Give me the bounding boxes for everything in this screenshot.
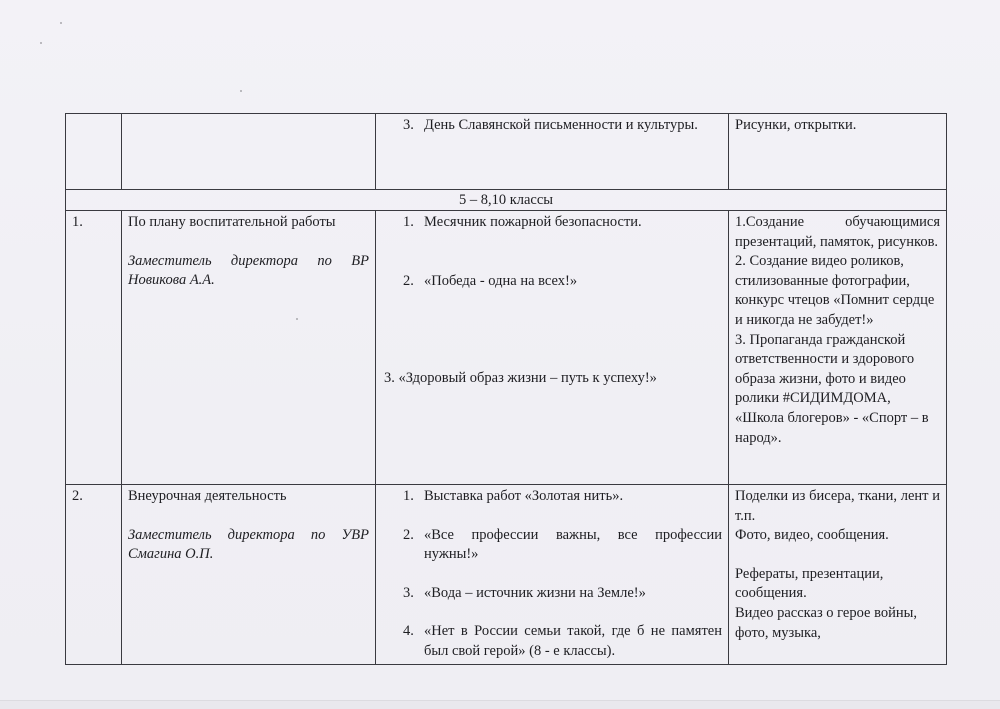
scanned-page: 3. День Славянской письменности и культу… [0, 0, 1000, 709]
event-text: «Нет в России семьи такой, где б не памя… [424, 623, 722, 659]
cell-forms: 1.Создание обучающимися презентаций, пам… [729, 211, 947, 485]
event-list: 3. День Славянской письменности и культу… [382, 116, 722, 136]
section-header-row: 5 – 8,10 классы [66, 190, 947, 211]
activity-plan-table: 3. День Славянской письменности и культу… [65, 113, 947, 665]
cell-events: 1. Выставка работ «Золотая нить». 2. «Вс… [376, 485, 729, 665]
cell-forms: Рисунки, открытки. [729, 114, 947, 190]
cell-number [66, 114, 122, 190]
event-text: «Победа - одна на всех!» [424, 273, 577, 289]
cell-events: 1. Месячник пожарной безопасности. 2. «П… [376, 211, 729, 485]
event-text: День Славянской письменности и культуры. [424, 117, 698, 133]
event-item: 2. «Все профессии важны, все профессии н… [382, 526, 722, 565]
event-number: 2. [403, 526, 414, 546]
event-number: 3. [403, 584, 414, 604]
table-row: 2. Внеурочная деятельность Заместитель д… [66, 485, 947, 665]
cell-forms: Поделки из бисера, ткани, лент и т.п. Фо… [729, 485, 947, 665]
cell-number: 1. [66, 211, 122, 485]
event-item: 1. Месячник пожарной безопасности. [382, 213, 722, 233]
event-text: «Все профессии важны, все профессии нужн… [424, 527, 722, 563]
forms-item: 3. Пропаганда гражданской ответственност… [735, 331, 940, 449]
event-item: 3. «Вода – источник жизни на Земле!» [382, 584, 722, 604]
spacer [735, 546, 940, 565]
scan-speck [240, 90, 242, 92]
event-text: Выставка работ «Золотая нить». [424, 488, 623, 504]
event-text: «Вода – источник жизни на Земле!» [424, 585, 646, 601]
scan-speck [40, 42, 42, 44]
forms-item: 1.Создание обучающимися презентаций, пам… [735, 213, 940, 252]
cell-direction [122, 114, 376, 190]
event-list: 1. Выставка работ «Золотая нить». 2. «Вс… [382, 487, 722, 662]
event-number: 1. [403, 487, 414, 507]
forms-item: Фото, видео, сообщения. [735, 526, 940, 546]
cell-number: 2. [66, 485, 122, 665]
event-item: 1. Выставка работ «Золотая нить». [382, 487, 722, 507]
event-number: 1. [403, 213, 414, 233]
section-header: 5 – 8,10 классы [66, 190, 947, 211]
event-text: Месячник пожарной безопасности. [424, 214, 642, 230]
event-number: 2. [403, 272, 414, 292]
direction-title: Внеурочная деятельность [128, 487, 369, 507]
cell-direction: Внеурочная деятельность Заместитель дире… [122, 485, 376, 665]
scan-edge [0, 700, 1000, 709]
event-item: 2. «Победа - одна на всех!» [382, 272, 722, 292]
forms-item: 2. Создание видео роликов, стилизованные… [735, 252, 940, 330]
scan-speck [60, 22, 62, 24]
responsible-person: Заместитель директора по УВР Смагина О.П… [128, 526, 369, 565]
forms-item: Поделки из бисера, ткани, лент и т.п. [735, 487, 940, 526]
forms-text: Рисунки, открытки. [735, 117, 856, 133]
responsible-person: Заместитель директора по ВР Новикова А.А… [128, 252, 369, 291]
event-text: «Здоровый образ жизни – путь к успеху!» [399, 370, 657, 386]
event-list: 1. Месячник пожарной безопасности. 2. «П… [382, 213, 722, 389]
event-item: 3. «Здоровый образ жизни – путь к успеху… [382, 369, 722, 389]
direction-title: По плану воспитательной работы [128, 213, 369, 233]
forms-item: Рефераты, презентации, сообщения. [735, 565, 940, 604]
cell-direction: По плану воспитательной работы Заместите… [122, 211, 376, 485]
cell-events: 3. День Славянской письменности и культу… [376, 114, 729, 190]
event-number: 3. [403, 116, 414, 136]
event-item: 3. День Славянской письменности и культу… [382, 116, 722, 136]
event-number: 4. [403, 622, 414, 642]
event-number: 3. [384, 370, 395, 386]
table-row: 1. По плану воспитательной работы Замест… [66, 211, 947, 485]
event-item: 4. «Нет в России семьи такой, где б не п… [382, 622, 722, 661]
forms-item: Видео рассказ о герое войны, фото, музык… [735, 604, 940, 643]
table-row: 3. День Славянской письменности и культу… [66, 114, 947, 190]
